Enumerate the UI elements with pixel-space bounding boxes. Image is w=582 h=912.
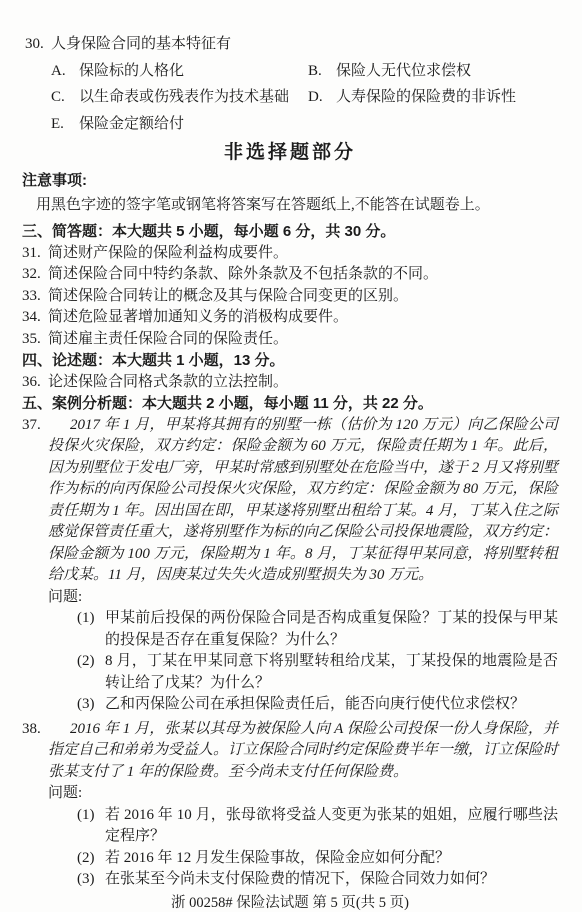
question-35: 35. 简述雇主责任保险合同的保险责任。 [22, 329, 558, 351]
part3-heading: 三、简答题：本大题共 5 小题，每小题 6 分，共 30 分。 [22, 221, 558, 243]
option-text: 人寿保险的保险费的非诉性 [336, 84, 516, 111]
case-38-subquestion-1: (1) 若 2016 年 10 月，张母欲将受益人变更为张某的姐姐，应履行哪些法… [77, 805, 558, 848]
question-number: 35. [22, 329, 48, 351]
option-c: C. 以生命表或伤残表作为技术基础 [51, 84, 308, 111]
option-d: D. 人寿保险的保险费的非诉性 [308, 84, 558, 111]
option-text: 保险标的人格化 [79, 58, 184, 85]
case-38-questions-label: 问题: [48, 783, 558, 805]
option-a: A. 保险标的人格化 [51, 58, 308, 85]
case-38-subquestion-3: (3) 在张某至今尚未支付保险费的情况下，保险合同效力如何？ [77, 869, 558, 891]
question-number: 38. [22, 719, 48, 784]
subquestion-label: (1) [77, 805, 105, 848]
option-label: D. [308, 84, 336, 111]
notes-heading: 注意事项: [22, 170, 558, 192]
subquestion-text: 8 月，丁某在甲某同意下将别墅转租给戊某，丁某投保的地震险是否转让给了戊某？为什… [105, 651, 558, 694]
question-text: 论述保险合同格式条款的立法控制。 [48, 372, 558, 394]
part5-heading: 五、案例分析题：本大题共 2 小题，每小题 11 分，共 22 分。 [22, 393, 558, 415]
question-30: 30. 人身保险合同的基本特征有 A. 保险标的人格化 B. 保险人无代位求偿权… [25, 31, 558, 137]
question-text: 简述雇主责任保险合同的保险责任。 [48, 329, 558, 351]
exam-page: 30. 人身保险合同的基本特征有 A. 保险标的人格化 B. 保险人无代位求偿权… [0, 0, 582, 912]
question-number: 31. [22, 243, 48, 265]
question-text: 简述保险合同转让的概念及其与保险合同变更的区别。 [48, 286, 558, 308]
page-footer: 浙 00258# 保险法试题 第 5 页(共 5 页) [22, 893, 558, 912]
question-34: 34. 简述危险显著增加通知义务的消极构成要件。 [22, 307, 558, 329]
subquestion-label: (1) [77, 608, 105, 651]
question-30-options: A. 保险标的人格化 B. 保险人无代位求偿权 C. 以生命表或伤残表作为技术基… [51, 58, 558, 138]
case-37: 37. 2017 年 1 月，甲某将其拥有的别墅一栋（估价为 120 万元）向乙… [22, 415, 558, 587]
option-label: A. [51, 58, 79, 85]
question-number: 33. [22, 286, 48, 308]
question-31: 31. 简述财产保险的保险利益构成要件。 [22, 243, 558, 265]
case-38: 38. 2016 年 1 月，张某以其母为被保险人向 A 保险公司投保一份人身保… [22, 719, 558, 784]
case-37-questions-label: 问题: [48, 587, 558, 609]
option-b: B. 保险人无代位求偿权 [308, 58, 558, 85]
option-label: C. [51, 84, 79, 111]
question-number: 36. [22, 372, 48, 394]
notes-body: 用黑色字迹的签字笔或钢笔将答案写在答题纸上,不能答在试题卷上。 [36, 195, 558, 217]
case-38-subquestion-2: (2) 若 2016 年 12 月发生保险事故，保险金应如何分配？ [77, 848, 558, 870]
part4-heading: 四、论述题：本大题共 1 小题，13 分。 [22, 350, 558, 372]
question-number: 34. [22, 307, 48, 329]
subquestion-text: 乙和丙保险公司在承担保险责任后，能否向庚行使代位求偿权？ [105, 694, 558, 716]
case-37-subquestion-2: (2) 8 月，丁某在甲某同意下将别墅转租给戊某，丁某投保的地震险是否转让给了戊… [77, 651, 558, 694]
question-number: 32. [22, 264, 48, 286]
case-37-body: 2017 年 1 月，甲某将其拥有的别墅一栋（估价为 120 万元）向乙保险公司… [48, 415, 558, 587]
question-33: 33. 简述保险合同转让的概念及其与保险合同变更的区别。 [22, 286, 558, 308]
question-text: 简述保险合同中特约条款、除外条款及不包括条款的不同。 [48, 264, 558, 286]
question-36: 36. 论述保险合同格式条款的立法控制。 [22, 372, 558, 394]
subquestion-label: (2) [77, 848, 105, 870]
option-label: B. [308, 58, 336, 85]
question-text: 简述危险显著增加通知义务的消极构成要件。 [48, 307, 558, 329]
question-30-stem: 30. 人身保险合同的基本特征有 [25, 31, 558, 58]
subquestion-label: (2) [77, 651, 105, 694]
subquestion-text: 若 2016 年 12 月发生保险事故，保险金应如何分配？ [105, 848, 558, 870]
option-e: E. 保险金定额给付 [51, 111, 308, 138]
subquestion-label: (3) [77, 694, 105, 716]
case-37-subquestion-1: (1) 甲某前后投保的两份保险合同是否构成重复保险？丁某的投保与甲某的投保是否存… [77, 608, 558, 651]
option-label: E. [51, 111, 79, 138]
question-text: 人身保险合同的基本特征有 [51, 31, 231, 58]
subquestion-label: (3) [77, 869, 105, 891]
case-37-subquestion-3: (3) 乙和丙保险公司在承担保险责任后，能否向庚行使代位求偿权？ [77, 694, 558, 716]
question-number: 37. [22, 415, 48, 587]
subquestion-text: 若 2016 年 10 月，张母欲将受益人变更为张某的姐姐，应履行哪些法定程序？ [105, 805, 558, 848]
option-text: 保险人无代位求偿权 [336, 58, 471, 85]
option-text: 保险金定额给付 [79, 111, 184, 138]
subquestion-text: 甲某前后投保的两份保险合同是否构成重复保险？丁某的投保与甲某的投保是否存在重复保… [105, 608, 558, 651]
question-32: 32. 简述保险合同中特约条款、除外条款及不包括条款的不同。 [22, 264, 558, 286]
section-title: 非选择题部分 [22, 140, 558, 166]
option-text: 以生命表或伤残表作为技术基础 [79, 84, 289, 111]
subquestion-text: 在张某至今尚未支付保险费的情况下，保险合同效力如何？ [105, 869, 558, 891]
case-38-body: 2016 年 1 月，张某以其母为被保险人向 A 保险公司投保一份人身保险，并指… [48, 719, 558, 784]
question-text: 简述财产保险的保险利益构成要件。 [48, 243, 558, 265]
question-number: 30. [25, 31, 51, 58]
